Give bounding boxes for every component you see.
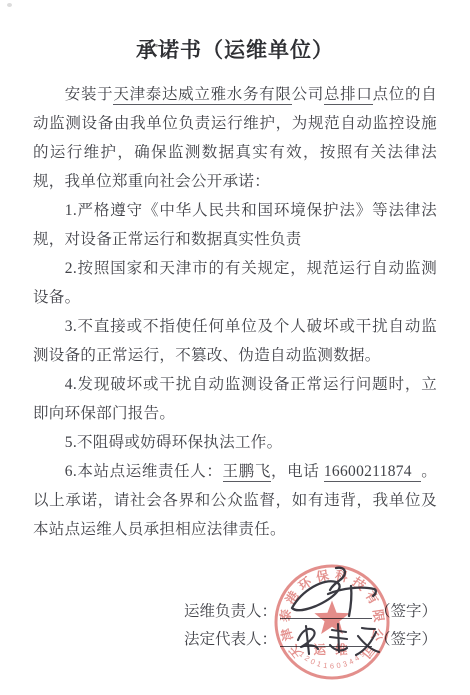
paragraph-item-6: 6.本站点运维责任人：王鹏飞，电话 16600211874。以上承诺，请社会各界… [33,457,437,544]
svg-text:4: 4 [347,657,355,667]
signature-line [280,601,372,619]
underlined-field-phone-number: 16600211874 [324,463,421,482]
document-body: 安装于天津泰达威立雅水务有限公司总排口点位的自动监测设备由我单位负责运行维护，为… [0,80,470,654]
scan-artifact-speck [7,3,12,7]
svg-text:4: 4 [353,653,362,663]
scan-artifact-speck [155,44,158,47]
paragraph-intro: 安装于天津泰达威立雅水务有限公司总排口点位的自动监测设备由我单位负责运行维护，为… [33,80,437,196]
underlined-field-company-name: 天津泰达威立雅水务有限 [113,86,291,105]
signature-block: 运维负责人：（签字） 法定代表人：（签字） [33,598,437,654]
signature-suffix: （签字） [375,631,437,648]
text-segment: 6.本站点运维责任人： [65,463,223,480]
signature-suffix: （签字） [375,603,437,620]
paragraph-item-2: 2.按照国家和天津市的有关规定，规范运行自动监测设备。 [33,254,437,312]
paragraph-item-1: 1.严格遵守《中华人民共和国环境保护法》等法律法规，对设备正常运行和数据真实性负… [33,196,437,254]
document-title: 承诺书（运维单位） [33,34,437,64]
text-segment: 3.不直接或不指使任何单位及个人破坏或干扰自动监测设备的正常运行，不篡改、伪造自… [33,318,437,364]
text-segment: 4.发现破坏或干扰自动监测设备正常运行问题时，立即向环保部门报告。 [33,376,437,422]
text-segment: 1.严格遵守《中华人民共和国环境保护法》等法律法规，对设备正常运行和数据真实性负… [33,202,437,248]
signature-row-operations-manager: 运维负责人：（签字） [33,598,437,626]
text-segment: ，电话 [271,463,324,480]
text-segment: 安装于 [65,86,114,103]
svg-text:0: 0 [336,661,341,671]
underlined-field-responsible-person: 王鹏飞 [223,463,271,482]
signature-line [280,629,372,647]
paragraph-item-5: 5.不阻碍或妨碍环保执法工作。 [33,428,437,457]
text-segment: 2.按照国家和天津市的有关规定，规范运行自动监测设备。 [33,260,437,306]
paragraph-item-3: 3.不直接或不指使任何单位及个人破坏或干扰自动监测设备的正常运行，不篡改、伪造自… [33,312,437,370]
text-segment: 5.不阻碍或妨碍环保执法工作。 [65,434,283,451]
svg-text:6: 6 [330,662,334,671]
scanned-document-page: 承诺书（运维单位） 安装于天津泰达威立雅水务有限公司总排口点位的自动监测设备由我… [0,0,470,695]
svg-text:0: 0 [309,657,317,667]
svg-text:1: 1 [323,661,328,671]
paragraph-item-4: 4.发现破坏或干扰自动监测设备正常运行问题时，立即向环保部门报告。 [33,370,437,428]
text-segment: 公司 [292,86,324,103]
svg-text:3: 3 [342,659,349,669]
svg-text:2: 2 [303,653,312,663]
svg-text:1: 1 [316,659,323,669]
signature-label: 法定代表人： [184,631,277,648]
signature-row-legal-representative: 法定代表人：（签字） [33,626,437,654]
underlined-field-outlet: 总排口 [324,86,373,105]
signature-label: 运维负责人： [184,603,277,620]
